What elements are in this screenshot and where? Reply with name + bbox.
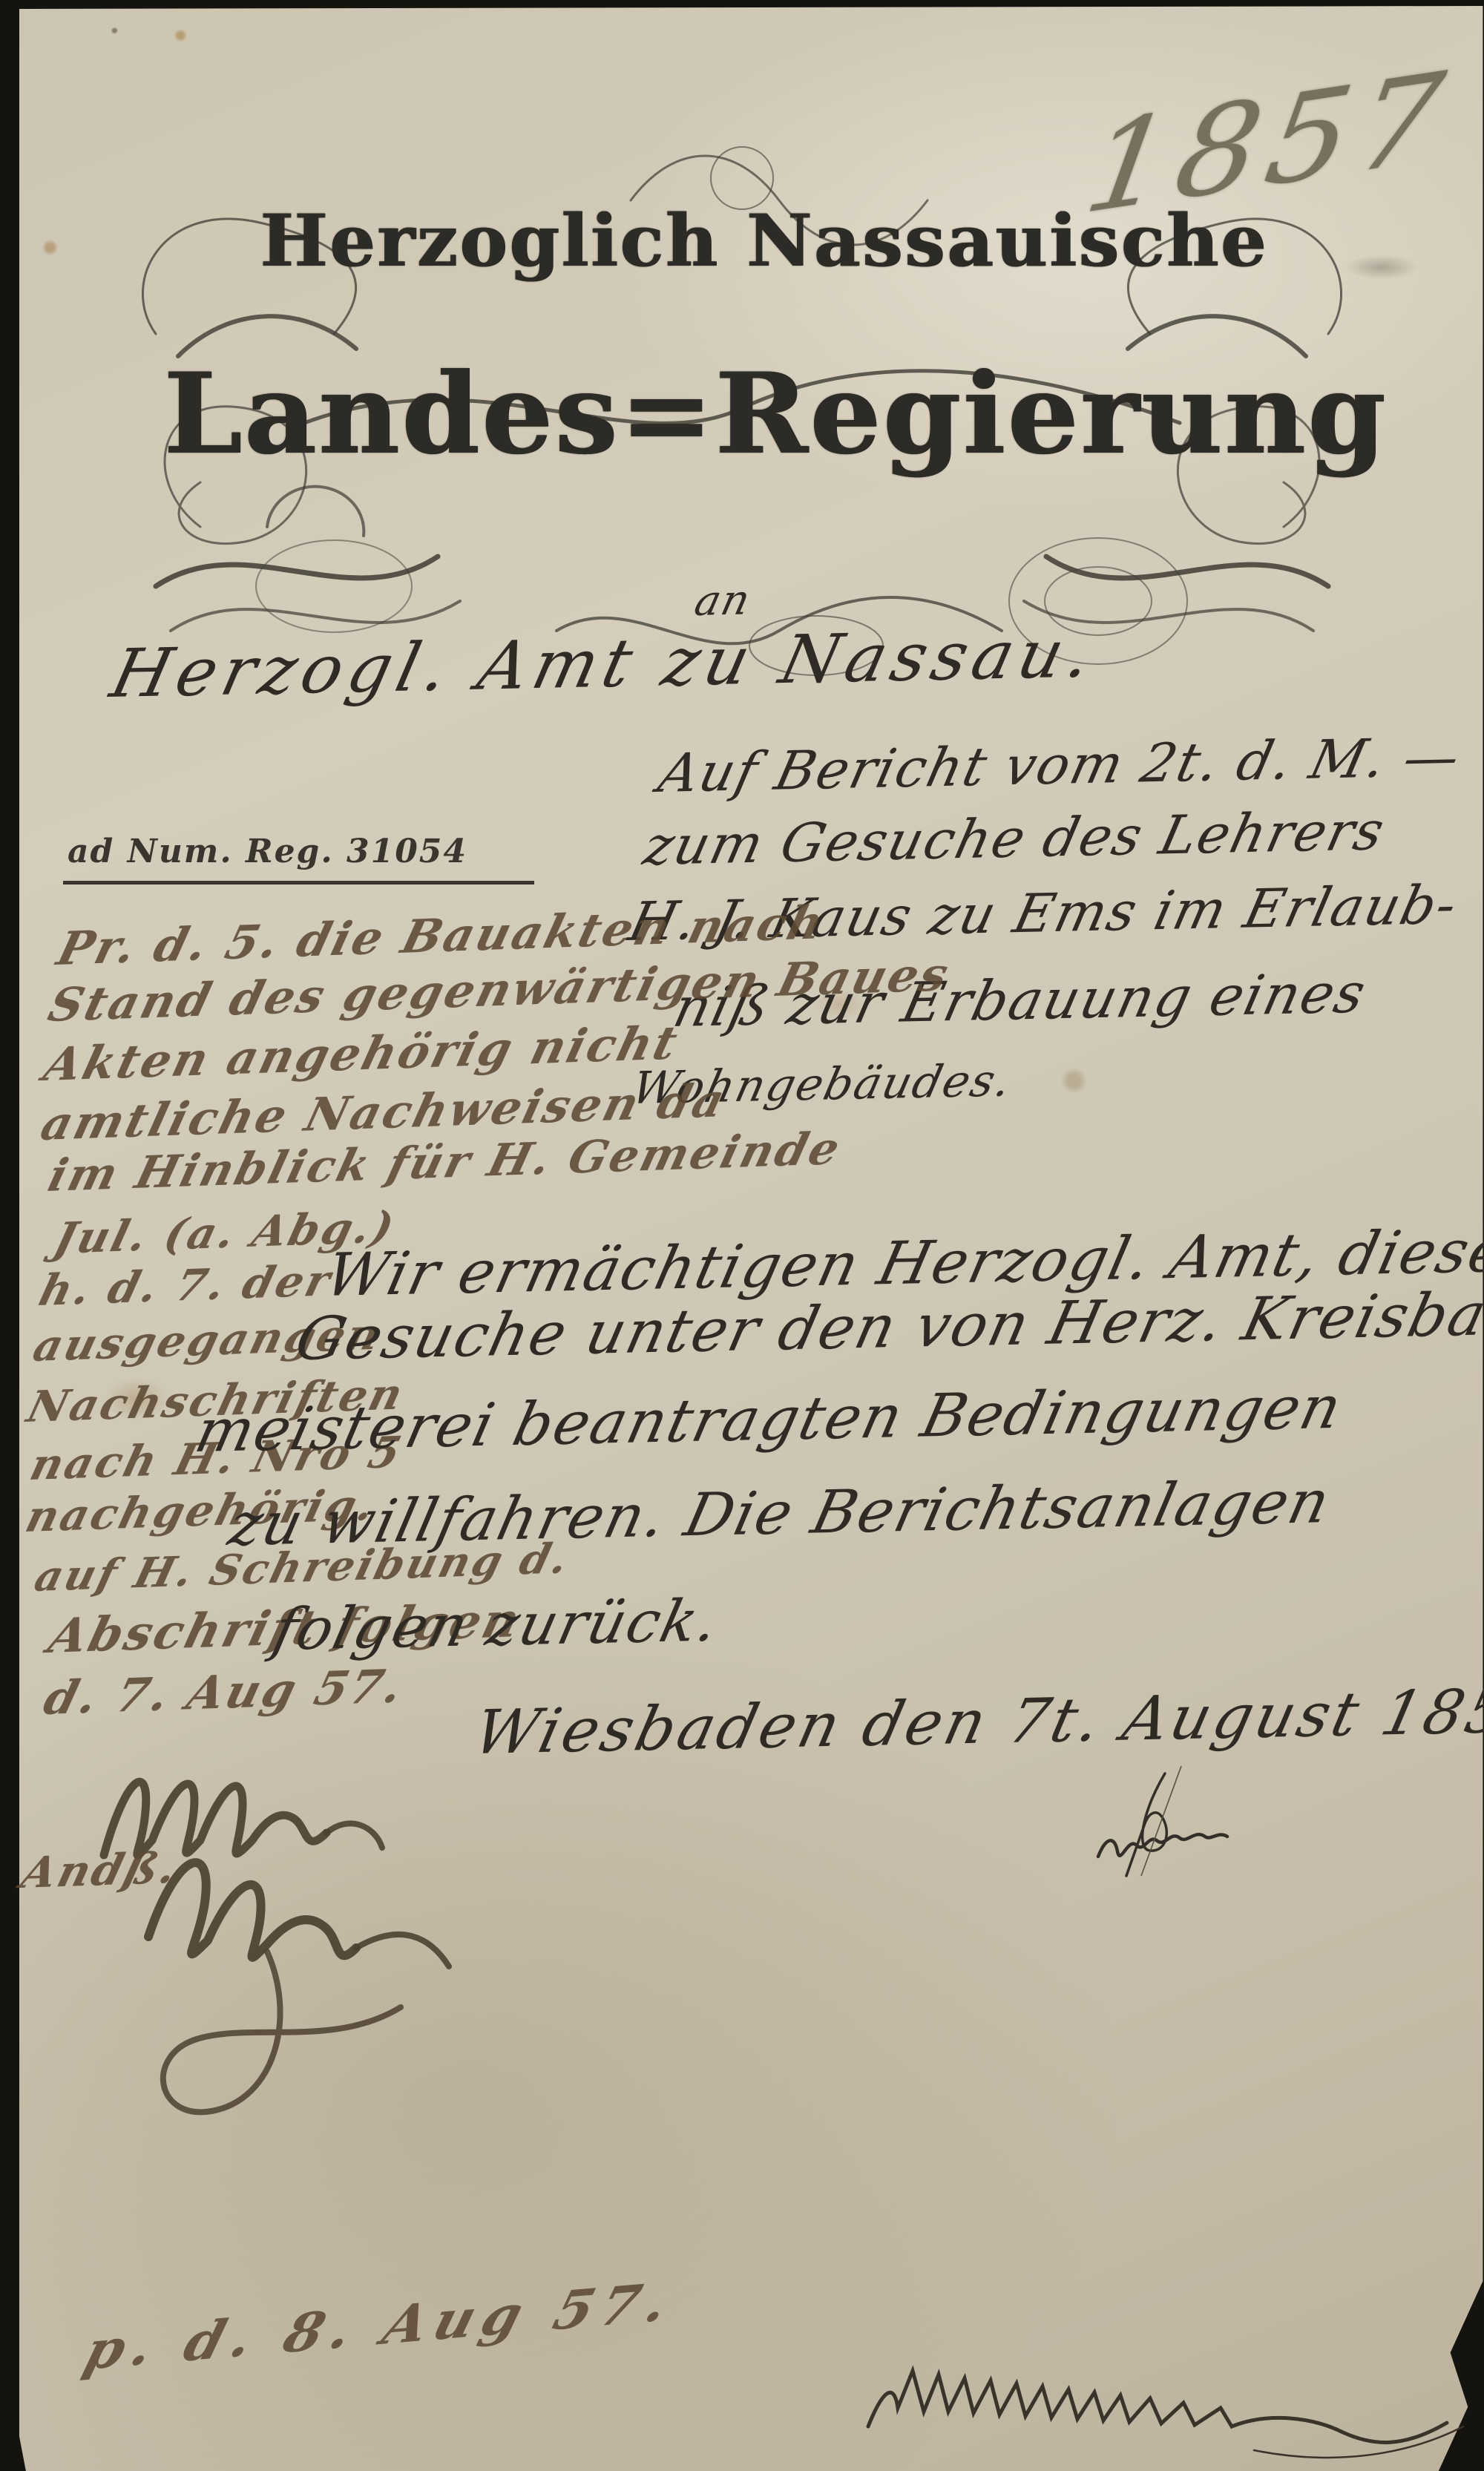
registry-note: ad Num. Reg. 31054 [63, 833, 534, 885]
marginal-note: h. d. 7. der [34, 1255, 338, 1316]
signature-bottom-right-icon [853, 2337, 1477, 2464]
salutation: an [690, 576, 756, 626]
signature-left-secondary-icon [45, 1818, 460, 2167]
signature-under-date-icon [1054, 1766, 1306, 1877]
letterhead-line2: Landes=Regierung [163, 349, 1321, 479]
scanned-letter-page: 1857 Herzoglich Nassauische Landes=Regie… [0, 0, 1484, 2471]
letter-line: folgen zurück. [267, 1588, 726, 1664]
letterhead-line1: Herzoglich Nassauische [260, 199, 1224, 283]
